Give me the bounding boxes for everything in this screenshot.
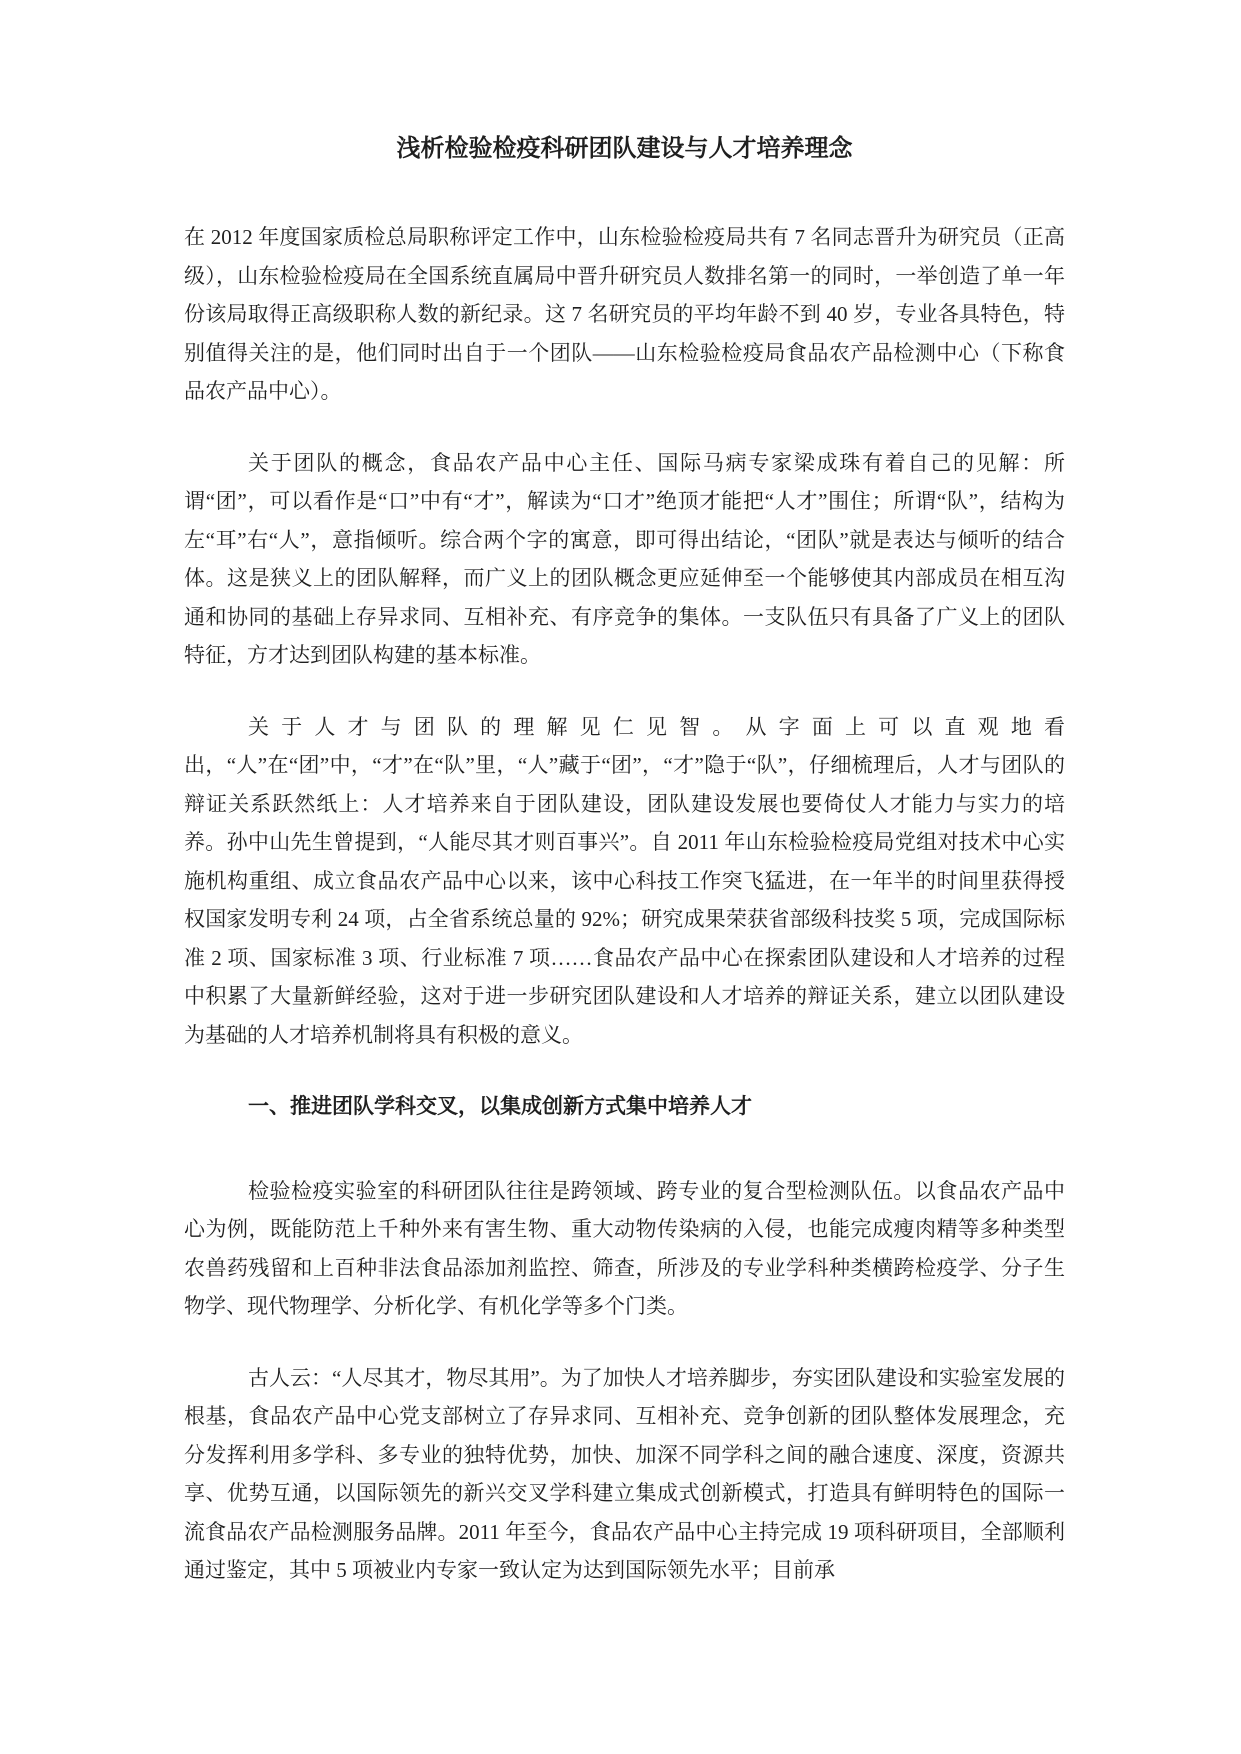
paragraph-team-concept: 关于团队的概念，食品农产品中心主任、国际马病专家梁成珠有着自己的见解：所谓“团”… [184,444,1065,675]
paragraph-intro: 在 2012 年度国家质检总局职称评定工作中，山东检验检疫局共有 7 名同志晋升… [184,218,1065,411]
paragraph-talent-and-team: 关于人才与团队的理解见仁见智。从字面上可以直观地看出，“人”在“团”中，“才”在… [184,708,1065,1055]
paragraph-talent-development: 古人云：“人尽其才，物尽其用”。为了加快人才培养脚步，夯实团队建设和实验室发展的… [184,1359,1065,1590]
document-title: 浅析检验检疫科研团队建设与人才培养理念 [184,131,1065,167]
paragraph-cross-discipline: 检验检疫实验室的科研团队往往是跨领域、跨专业的复合型检测队伍。以食品农产品中心为… [184,1172,1065,1326]
section-heading-1: 一、推进团队学科交叉，以集成创新方式集中培养人才 [184,1087,1065,1126]
document-page: 浅析检验检疫科研团队建设与人才培养理念 在 2012 年度国家质检总局职称评定工… [0,0,1241,1754]
